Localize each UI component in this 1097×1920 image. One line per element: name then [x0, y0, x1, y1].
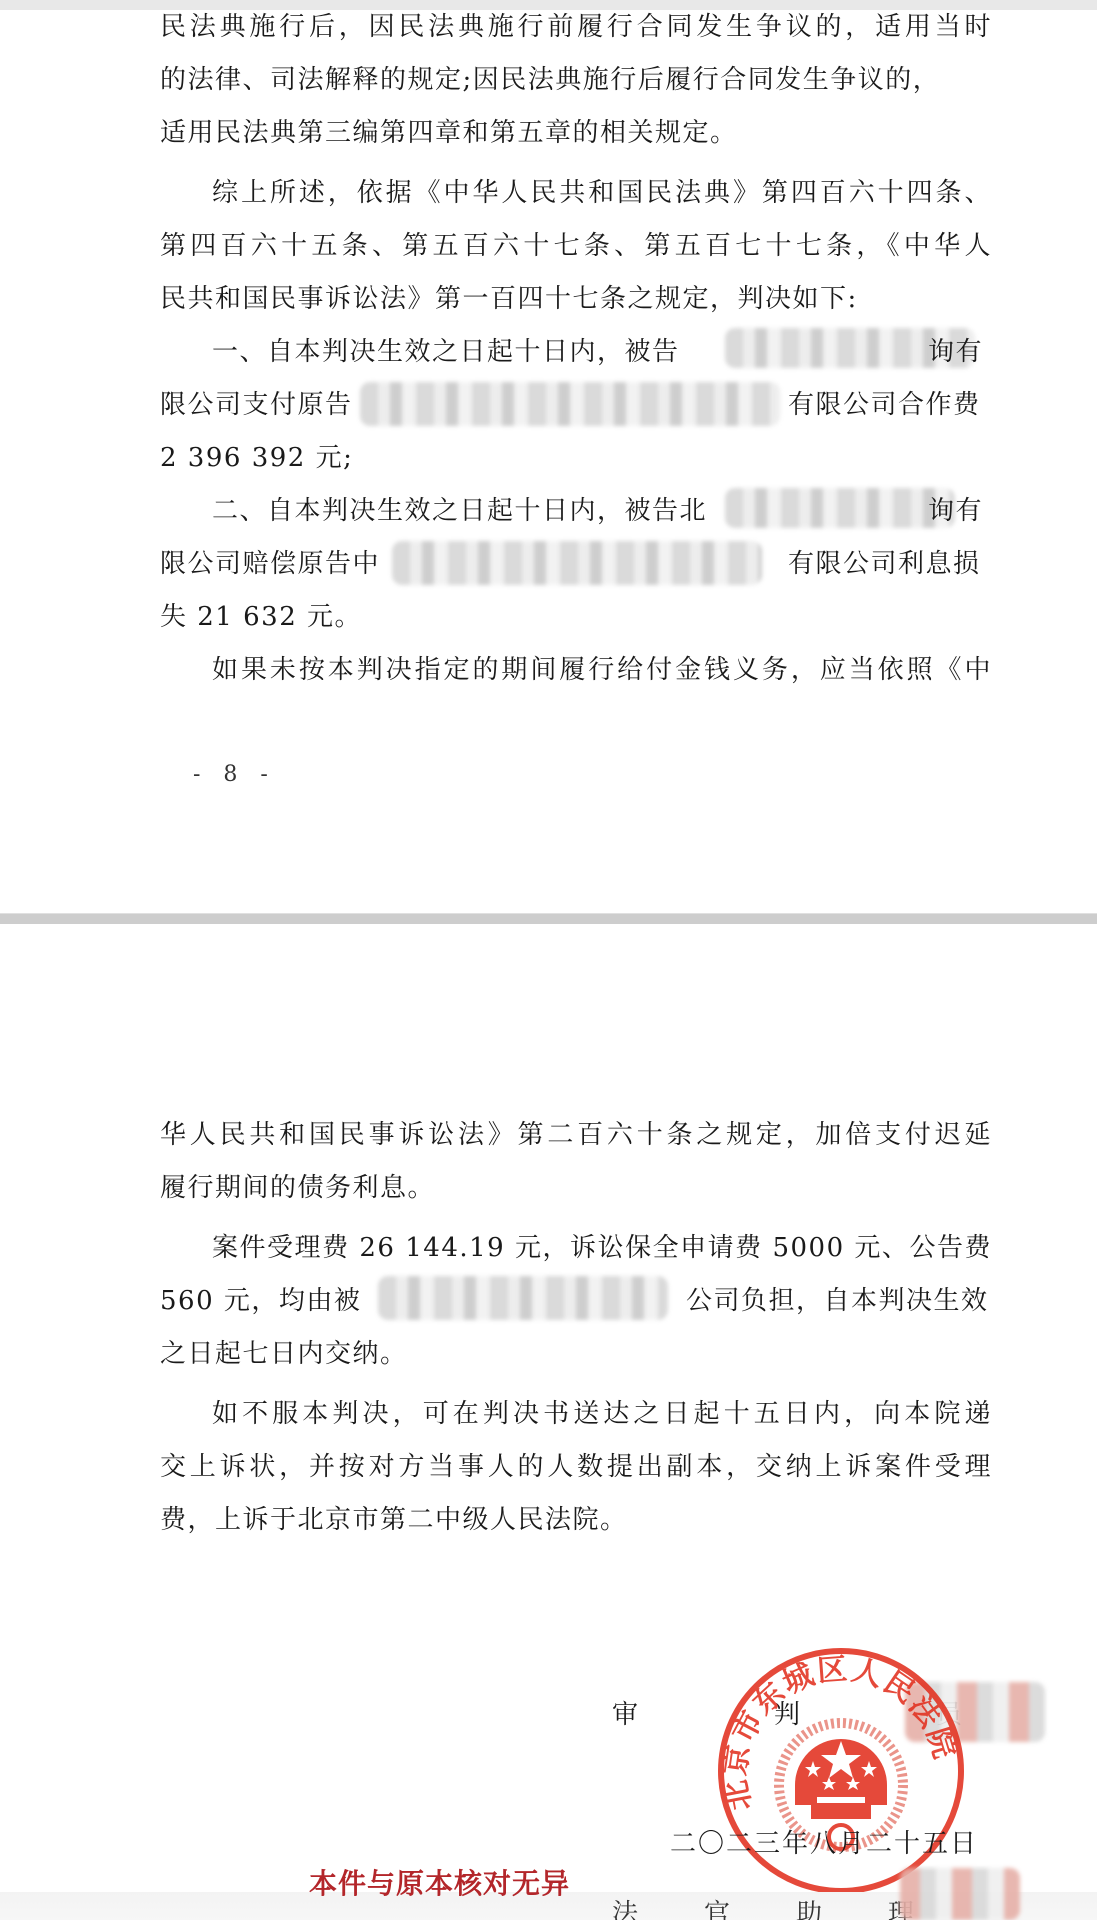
text-line: 案件受理费 26 144.19 元，诉讼保全申请费 5000 元、公告费	[212, 1231, 992, 1265]
text-line: 费，上诉于北京市第二中级人民法院。	[160, 1503, 992, 1537]
text-line: 2 396 392 元;	[160, 441, 992, 475]
text-line: 560 元，均由被	[160, 1284, 400, 1318]
text-line: 综上所述，依据《中华人民共和国民法典》第四百六十四条、	[212, 176, 992, 210]
redaction-mosaic	[725, 488, 955, 528]
text-line: 适用民法典第三编第四章和第五章的相关规定。	[160, 116, 992, 150]
text-line: 如果未按本判决指定的期间履行给付金钱义务，应当依照《中	[212, 653, 992, 687]
text-line: 华人民共和国民事诉讼法》第二百六十条之规定，加倍支付迟延	[160, 1118, 992, 1152]
text-line: 失 21 632 元。	[160, 600, 992, 634]
clerk-label-partial: 法 官 助 理	[612, 1897, 934, 1920]
document-page-8: 民法典施行后，因民法典施行前履行合同发生争议的，适用当时 的法律、司法解释的规定…	[0, 10, 1097, 913]
text-line: 限公司支付原告	[160, 388, 390, 422]
text-line: 民共和国民事诉讼法》第一百四十七条之规定，判决如下:	[160, 282, 992, 316]
text-line: 履行期间的债务利息。	[160, 1171, 992, 1205]
page-number: - 8 -	[193, 762, 276, 787]
redaction-mosaic	[360, 382, 780, 426]
redaction-mosaic	[378, 1276, 668, 1320]
text-line: 民法典施行后，因民法典施行前履行合同发生争议的，适用当时	[160, 10, 992, 44]
text-line: 的法律、司法解释的规定;因民法典施行后履行合同发生争议的，	[160, 63, 992, 97]
text-line: 有限公司利息损	[788, 547, 998, 581]
text-line: 二、自本判决生效之日起十日内，被告北	[212, 494, 712, 528]
text-line: 之日起七日内交纳。	[160, 1337, 992, 1371]
text-line: 公司负担，自本判决生效	[686, 1284, 996, 1318]
redaction-mosaic	[392, 541, 762, 585]
clerk-name-redaction	[900, 1868, 1020, 1920]
text-line: 询有	[928, 335, 998, 369]
text-line: 有限公司合作费	[788, 388, 998, 422]
text-line: 一、自本判决生效之日起十日内，被告	[212, 335, 712, 369]
viewer-top-strip	[0, 0, 1097, 10]
judgment-date: 二〇二三年八月二十五日	[670, 1823, 978, 1860]
text-line: 限公司赔偿原告中	[160, 547, 410, 581]
text-line: 询有	[928, 494, 998, 528]
text-line: 如不服本判决，可在判决书送达之日起十五日内，向本院递	[212, 1397, 992, 1431]
verification-mark: 本件与原本核对无异	[309, 1862, 570, 1902]
text-line: 交上诉状，并按对方当事人的人数提出副本，交纳上诉案件受理	[160, 1450, 992, 1484]
text-line: 第四百六十五条、第五百六十七条、第五百七十七条，《中华人	[160, 229, 992, 263]
